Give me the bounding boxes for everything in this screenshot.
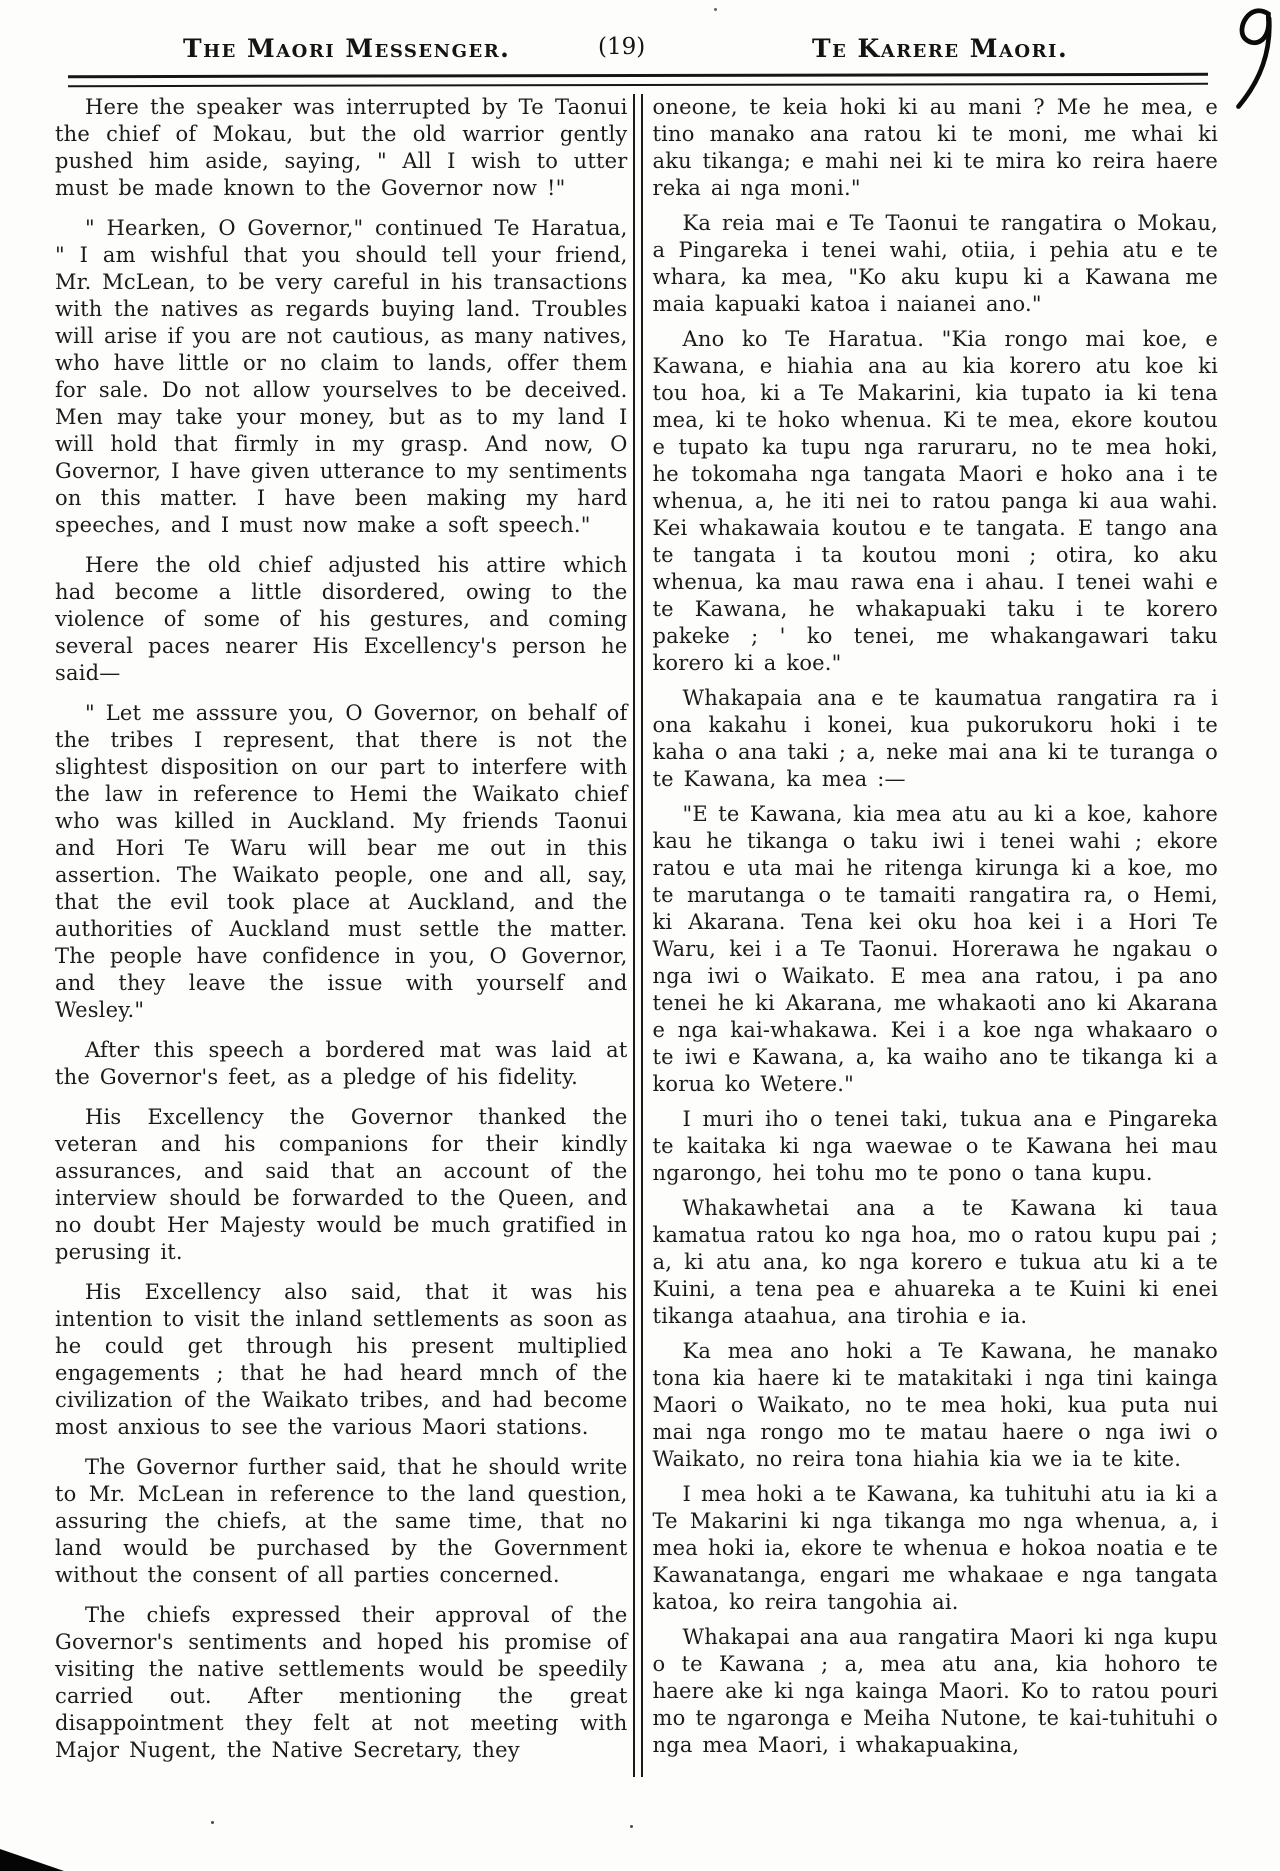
scan-speck (714, 8, 717, 11)
paragraph: " Hearken, O Governor," continued Te Har… (55, 215, 628, 539)
masthead-page-number: (19) (598, 34, 645, 60)
article-body: Here the speaker was interrupted by Te T… (55, 94, 1218, 1777)
paragraph: I muri iho o tenei taki, tukua ana e Pin… (653, 1106, 1219, 1187)
paragraph: The chiefs expressed their approval of t… (55, 1602, 628, 1764)
paragraph: The Governor further said, that he shoul… (55, 1454, 628, 1589)
paragraph: His Excellency also said, that it was hi… (55, 1279, 628, 1441)
paragraph: "E te Kawana, kia mea atu au ki a koe, k… (653, 801, 1219, 1098)
paragraph: Whakawhetai ana a te Kawana ki taua kama… (653, 1195, 1219, 1330)
paragraph: After this speech a bordered mat was lai… (55, 1037, 628, 1091)
scan-speck (630, 1825, 633, 1828)
paragraph: Ka mea ano hoki a Te Kawana, he manako t… (653, 1338, 1219, 1473)
column-divider-rule (633, 94, 643, 1777)
paragraph: His Excellency the Governor thanked the … (55, 1104, 628, 1266)
paragraph: Here the old chief adjusted his attire w… (55, 552, 628, 687)
paragraph: I mea hoki a te Kawana, ka tuhituhi atu … (653, 1481, 1219, 1616)
paragraph: oneone, te keia hoki ki au mani ? Me he … (653, 94, 1219, 202)
paragraph: Here the speaker was interrupted by Te T… (55, 94, 628, 202)
paragraph: Ka reia mai e Te Taonui te rangatira o M… (653, 210, 1219, 318)
paragraph: Ano ko Te Haratua. "Kia rongo mai koe, e… (653, 326, 1219, 677)
left-column-english: Here the speaker was interrupted by Te T… (55, 94, 628, 1777)
page-corner-shadow (0, 1849, 64, 1871)
newspaper-page: The Maori Messenger. (19) Te Karere Maor… (0, 0, 1280, 1871)
masthead-left-title: The Maori Messenger. (183, 34, 510, 63)
scan-speck (211, 1821, 214, 1824)
masthead-right-title: Te Karere Maori. (812, 34, 1068, 63)
paragraph: Whakapai ana aua rangatira Maori ki nga … (653, 1624, 1219, 1759)
right-column-maori: oneone, te keia hoki ki au mani ? Me he … (653, 94, 1219, 1777)
header-double-rule (68, 73, 1208, 87)
paragraph: Whakapaia ana e te kaumatua rangatira ra… (653, 685, 1219, 793)
paragraph: " Let me asssure you, O Governor, on beh… (55, 700, 628, 1024)
